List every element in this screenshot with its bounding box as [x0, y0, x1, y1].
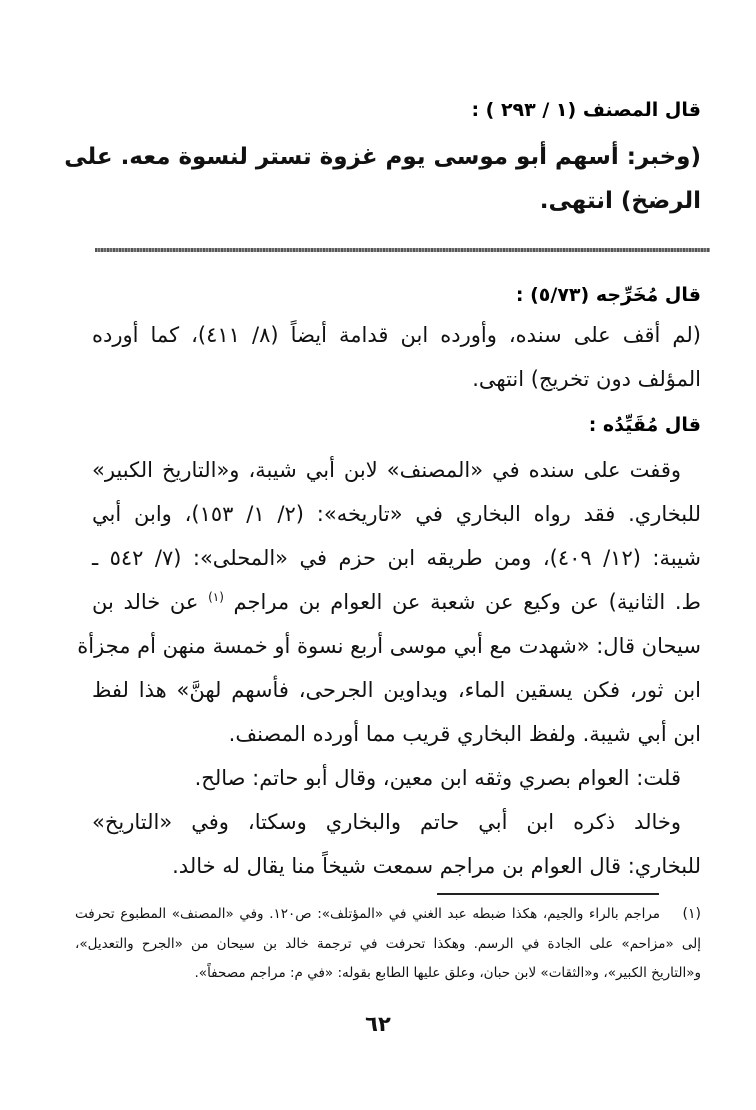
text-line: ابن أبي شيبة. ولفظ البخاري قريب مما أورد…: [229, 719, 701, 749]
text-line: للبخاري. فقد رواه البخاري في «تاريخه»: (…: [92, 499, 701, 529]
section-heading-muqayyiduh: قال مُقَيِّدُه :: [589, 413, 701, 437]
text-line: شيبة: (١٢/ ٤٠٩)، ومن طريقه ابن حزم في «ا…: [92, 543, 701, 573]
document-page: قال المصنف (١ / ٢٩٣ ) : (وخبر: أسهم أبو …: [0, 0, 756, 1110]
text-line-with-footnote-ref: ط. الثانية) عن وكيع عن شعبة عن العوام بن…: [92, 587, 701, 617]
footnote-line: مراجم بالراء والجيم، هكذا ضبطه عبد الغني…: [75, 904, 660, 924]
text-line: سيحان قال: «شهدت مع أبي موسى أربع نسوة أ…: [92, 631, 701, 661]
text-line: للبخاري: قال العوام بن مراجم سمعت شيخاً …: [172, 851, 701, 881]
quote-line: الرضخ) انتهى.: [540, 186, 701, 216]
section-separator: [95, 248, 710, 252]
footnote-rule: [437, 893, 659, 895]
footnote-marker: (١): [683, 904, 701, 924]
text-line: ابن ثور، فكن يسقين الماء، ويداوين الجرحى…: [92, 675, 701, 705]
text-line: وقفت على سنده في «المصنف» لابن أبي شيبة،…: [92, 455, 681, 485]
footnote-reference[interactable]: (١): [208, 590, 224, 604]
footnote-line: و«التاريخ الكبير»، و«الثقات» لابن حبان، …: [195, 963, 701, 983]
text-segment: عن خالد بن: [92, 590, 198, 614]
text-line: وخالد ذكره ابن أبي حاتم والبخاري وسكتا، …: [92, 807, 681, 837]
text-line: المؤلف دون تخريج) انتهى.: [472, 364, 701, 394]
text-line: (لم أقف على سنده، وأورده ابن قدامة أيضاً…: [92, 320, 701, 350]
page-number: ٦٢: [0, 1012, 756, 1036]
section-heading-musannif: قال المصنف (١ / ٢٩٣ ) :: [471, 98, 701, 122]
quote-line: (وخبر: أسهم أبو موسى يوم غزوة تستر لنسوة…: [92, 142, 701, 172]
footnote-line: إلى «مزاحم» على الجادة في الرسم. وهكذا ت…: [75, 934, 701, 954]
section-heading-mukharrij: قال مُخَرِّجه (٥/٧٣) :: [516, 283, 701, 307]
text-line: قلت: العوام بصري وثقه ابن معين، وقال أبو…: [195, 763, 681, 793]
text-segment: ط. الثانية) عن وكيع عن شعبة عن العوام بن…: [234, 590, 701, 614]
